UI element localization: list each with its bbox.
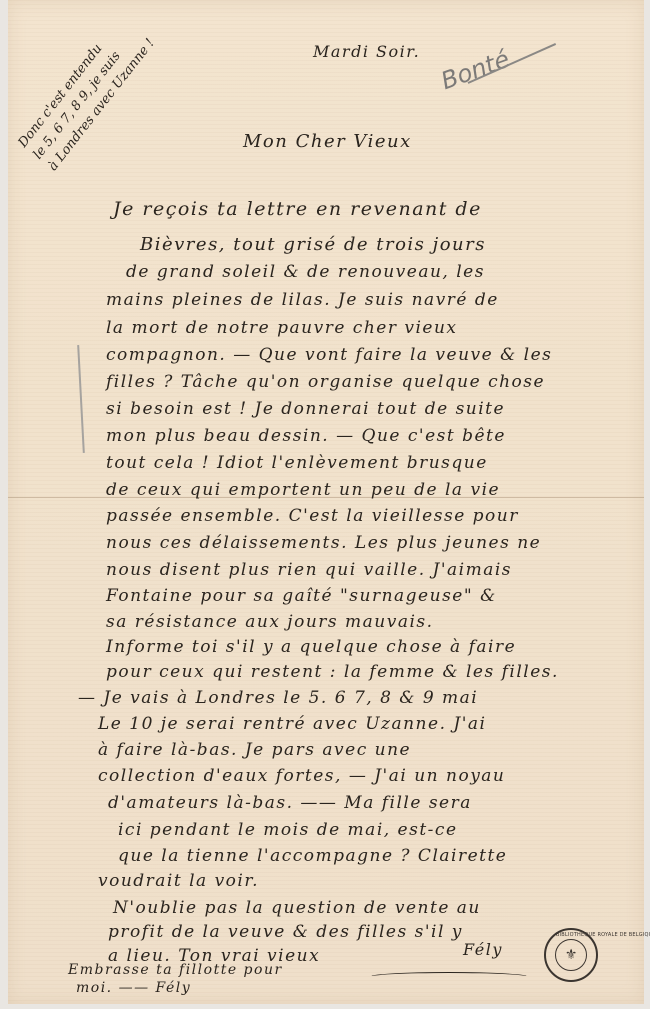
body-line: Fontaine pour sa gaîté "surnageuse" & xyxy=(106,586,497,606)
body-line: ici pendant le mois de mai, est-ce xyxy=(118,820,458,840)
body-line: N'oublie pas la question de vente au xyxy=(113,898,481,918)
body-line: nous disent plus rien qui vaille. J'aima… xyxy=(106,560,512,580)
archive-pencil-note: Bonté xyxy=(437,45,513,95)
letter-sheet: Donc c'est entendu le 5, 6 7, 8 9, je su… xyxy=(8,0,644,1004)
body-line: à faire là-bas. Je pars avec une xyxy=(98,740,411,760)
margin-note: Donc c'est entendu le 5, 6 7, 8 9, je su… xyxy=(14,0,188,175)
body-line: que la tienne l'accompagne ? Clairette xyxy=(118,846,507,866)
body-line: mon plus beau dessin. — Que c'est bête xyxy=(106,426,506,446)
signature-flourish xyxy=(368,972,530,982)
body-line: pour ceux qui restent : la femme & les f… xyxy=(106,662,559,682)
body-line: collection d'eaux fortes, — J'ai un noya… xyxy=(98,766,505,786)
body-line: profit de la veuve & des filles s'il y xyxy=(108,922,463,942)
body-line: tout cela ! Idiot l'enlèvement brusque xyxy=(106,453,488,473)
body-line: filles ? Tâche qu'on organise quelque ch… xyxy=(106,372,545,392)
body-line: compagnon. — Que vont faire la veuve & l… xyxy=(106,345,552,365)
salutation: Mon Cher Vieux xyxy=(243,131,412,152)
body-line: sa résistance aux jours mauvais. xyxy=(106,612,434,632)
body-line: nous ces délaissements. Les plus jeunes … xyxy=(106,533,541,553)
body-line: Je reçois ta lettre en revenant de xyxy=(113,198,482,220)
postscript-line: Embrasse ta fillotte pour xyxy=(68,962,283,978)
library-stamp: BIBLIOTHÈQUE ROYALE DE BELGIQUE ⚜ xyxy=(544,928,598,982)
body-line: — Je vais à Londres le 5. 6 7, 8 & 9 mai xyxy=(78,688,478,708)
body-line: la mort de notre pauvre cher vieux xyxy=(106,318,458,338)
body-line: de grand soleil & de renouveau, les xyxy=(126,262,485,282)
pencil-margin-mark xyxy=(77,345,85,453)
fleur-icon: ⚜ xyxy=(555,939,587,971)
body-line: Bièvres, tout grisé de trois jours xyxy=(140,234,486,255)
postscript-line: moi. —— Fély xyxy=(76,980,191,996)
body-line: Le 10 je serai rentré avec Uzanne. J'ai xyxy=(98,714,486,734)
signature: Fély xyxy=(463,940,503,959)
letter-date: Mardi Soir. xyxy=(313,42,420,61)
body-line: mains pleines de lilas. Je suis navré de xyxy=(106,290,499,310)
body-line: voudrait la voir. xyxy=(98,871,259,891)
body-line: Informe toi s'il y a quelque chose à fai… xyxy=(106,637,516,657)
body-line: si besoin est ! Je donnerai tout de suit… xyxy=(106,399,505,419)
body-line: d'amateurs là-bas. —— Ma fille sera xyxy=(108,793,472,813)
body-line: de ceux qui emportent un peu de la vie xyxy=(106,480,500,500)
stamp-text: BIBLIOTHÈQUE ROYALE DE BELGIQUE xyxy=(556,932,650,938)
body-line: passée ensemble. C'est la vieillesse pou… xyxy=(106,506,519,526)
